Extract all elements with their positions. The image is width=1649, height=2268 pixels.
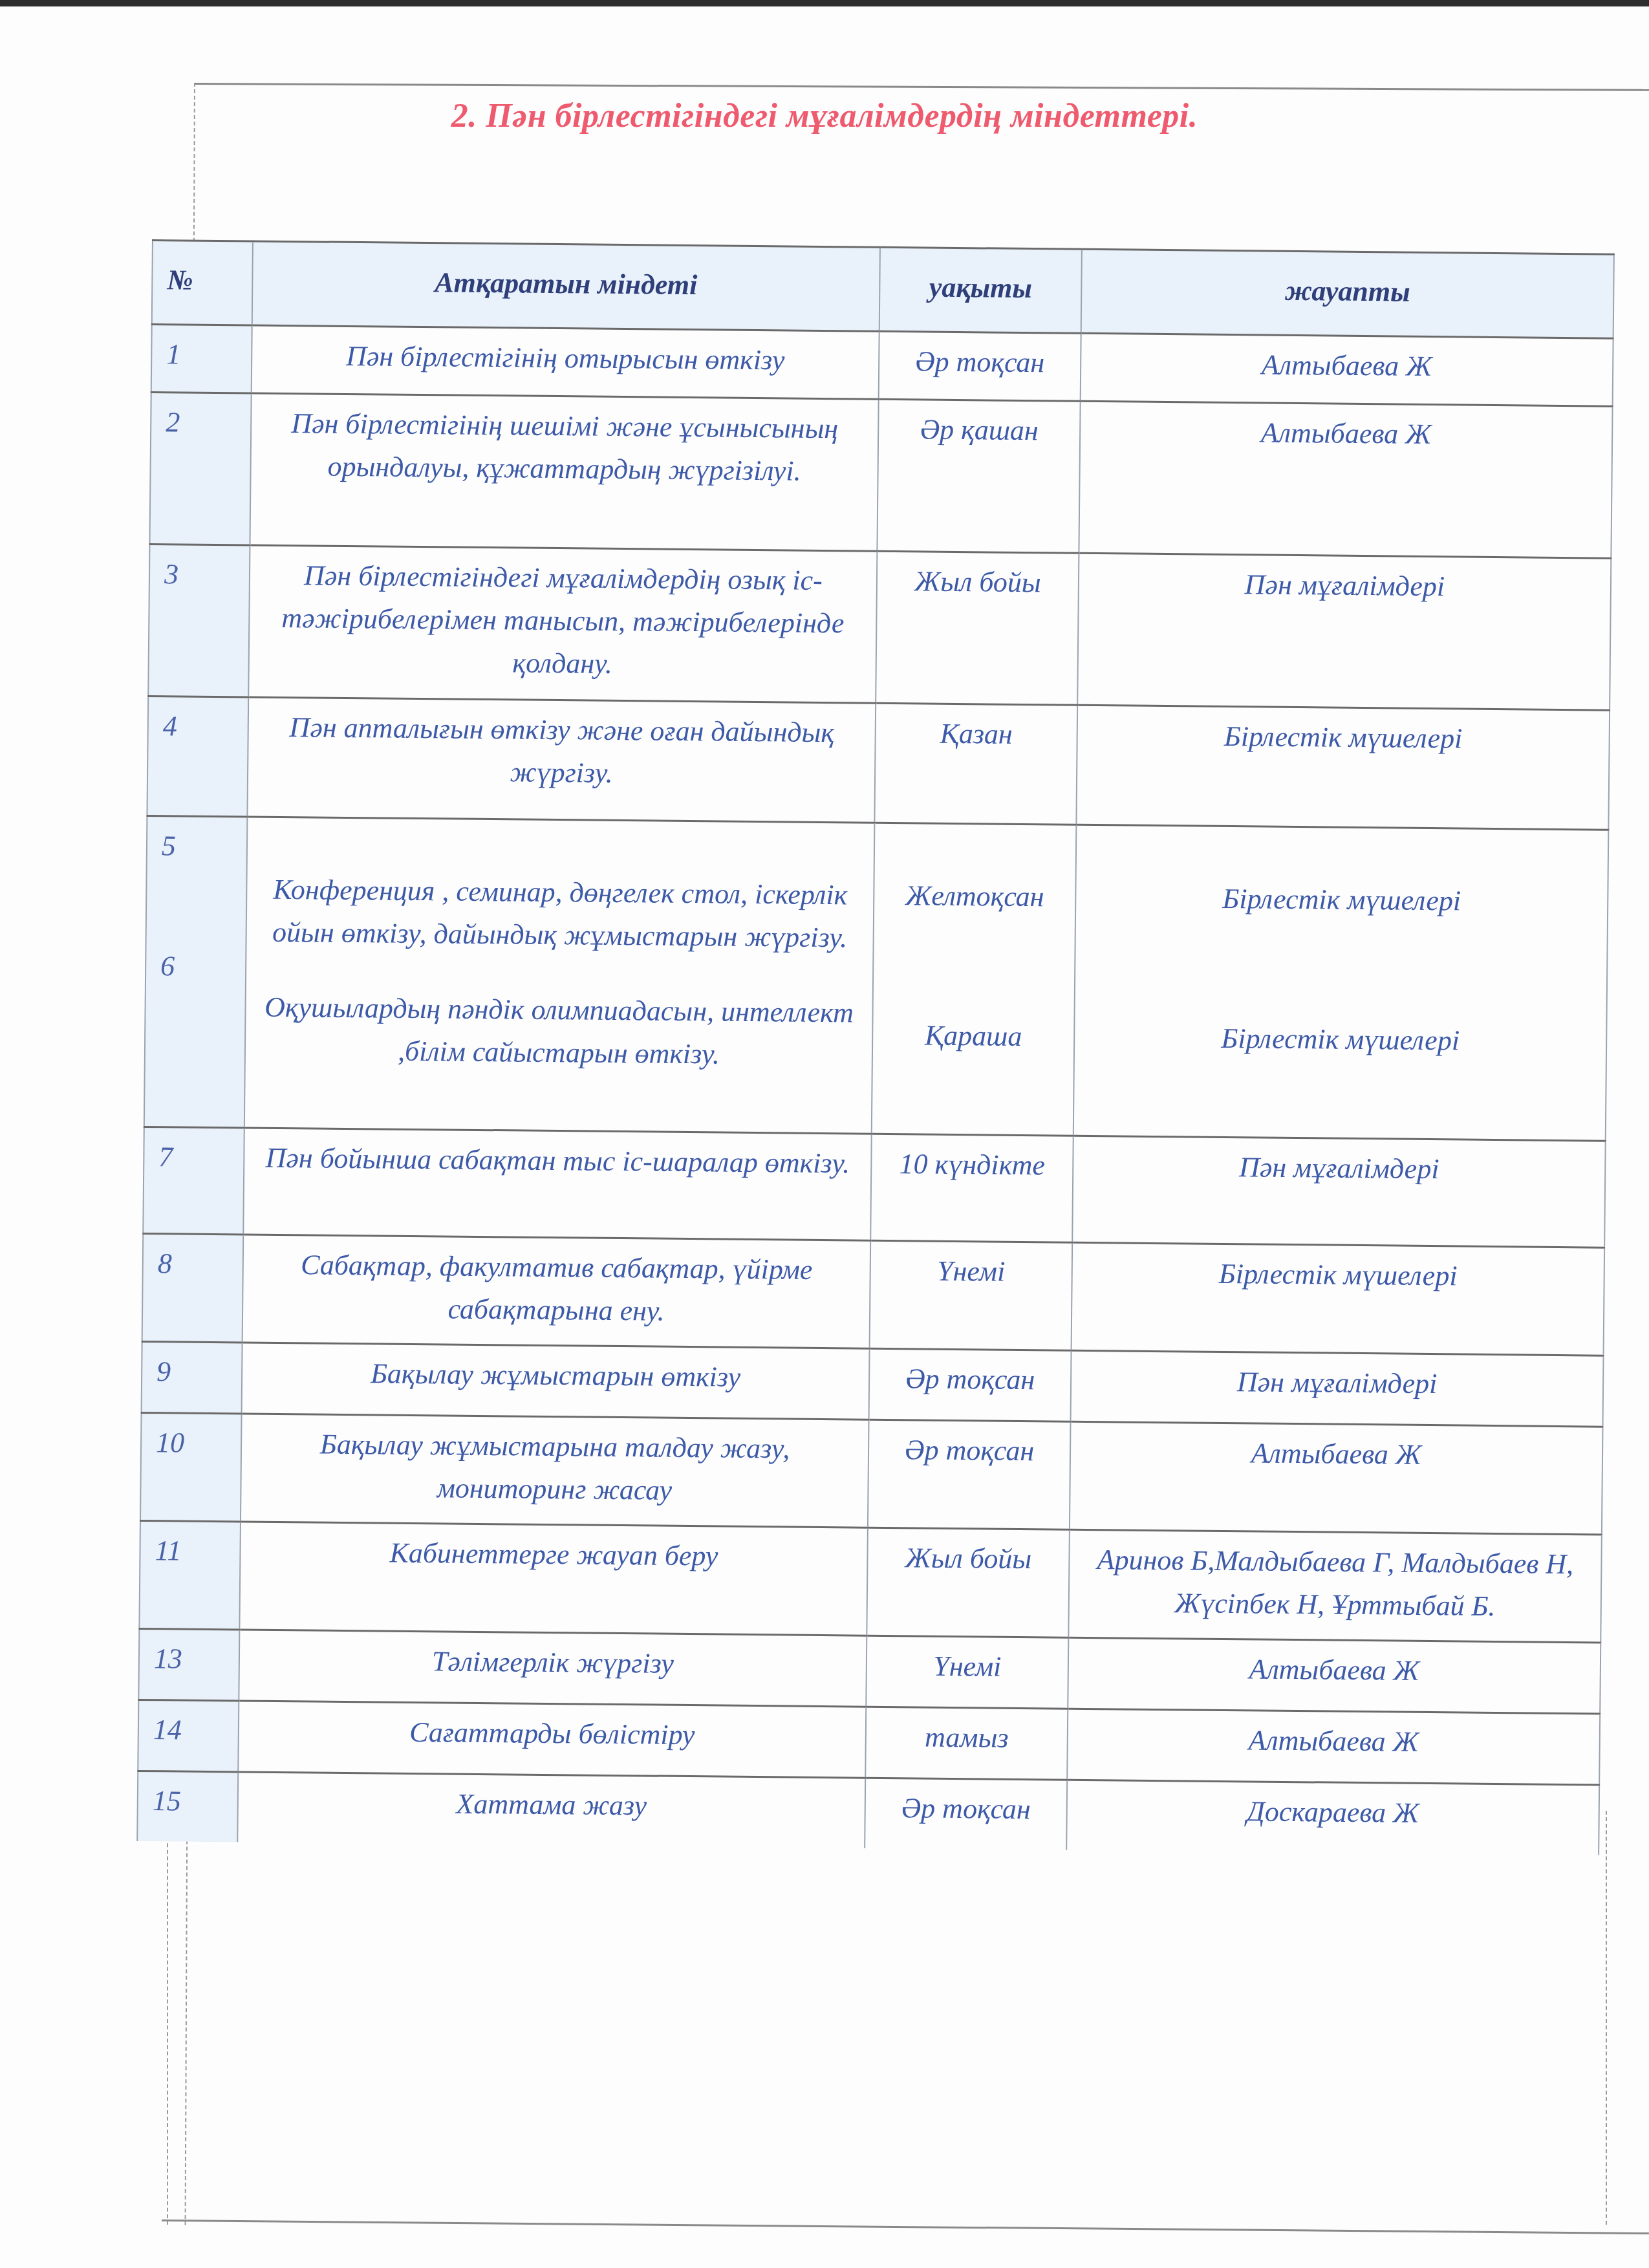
row-num: 3 bbox=[148, 544, 250, 697]
table-row: 5 6 Конференция , семинар, дөңгелек стол… bbox=[144, 815, 1609, 1141]
row-time: Үнемі bbox=[866, 1636, 1068, 1709]
row-num: 8 bbox=[142, 1233, 244, 1342]
row-responsible: Аринов Б,Малдыбаева Г, Малдыбаев Н, Жүсі… bbox=[1068, 1529, 1602, 1643]
scan-edge bbox=[0, 0, 1649, 6]
row-responsible: Алтыбаева Ж bbox=[1067, 1709, 1600, 1785]
row-num: 7 bbox=[143, 1127, 244, 1234]
row-time-5: Желтоқсан bbox=[905, 880, 1044, 913]
row-time: Әр тоқсан bbox=[868, 1420, 1071, 1529]
row-num: 14 bbox=[138, 1700, 239, 1771]
table-row: 8 Сабақтар, факултатив сабақтар, үйірме … bbox=[142, 1233, 1604, 1355]
row-responsible: Доскараева Ж bbox=[1066, 1780, 1599, 1855]
row-time: Қазан bbox=[874, 703, 1077, 825]
row-num: 10 bbox=[140, 1412, 242, 1521]
row-responsible: Алтыбаева Ж bbox=[1068, 1637, 1600, 1714]
row-responsible: Пән мұғалімдері bbox=[1071, 1350, 1604, 1427]
row-time: Үнемі bbox=[870, 1240, 1073, 1350]
table-row: 14 Сағаттарды бөлістіру тамыз Алтыбаева … bbox=[138, 1700, 1600, 1785]
table-row: 11 Кабинеттерге жауап беру Жыл бойы Арин… bbox=[139, 1520, 1601, 1643]
row-responsible-5: Бірлестік мүшелері bbox=[1222, 883, 1461, 917]
row-num: 13 bbox=[138, 1628, 239, 1700]
row-time: Жыл бойы bbox=[876, 551, 1079, 705]
row-task: Пән бірлестігінің отырысын өткізу bbox=[252, 325, 879, 399]
row-task: Пән бойынша сабақтан тыс іс-шаралар өткі… bbox=[243, 1128, 872, 1240]
row-task-6: Оқушылардың пәндік олимпиадасын, интелле… bbox=[257, 986, 861, 1077]
table-row: 10 Бақылау жұмыстарына талдау жазу, мони… bbox=[140, 1412, 1602, 1535]
row-task: Бақылау жұмыстарына талдау жазу, монитор… bbox=[241, 1414, 869, 1528]
row-task: Хаттама жазу bbox=[237, 1772, 865, 1848]
header-task: Атқаратын міндеті bbox=[252, 241, 880, 331]
page-title: 2. Пән бірлестігіндегі мұғалімдердің мін… bbox=[0, 97, 1649, 135]
duties-table-wrap: № Атқаратын міндеті уақыты жауапты 1 Пән… bbox=[136, 239, 1613, 1855]
row-num: 15 bbox=[137, 1771, 238, 1842]
row-task-5: Конференция , семинар, дөңгелек стол, іс… bbox=[272, 874, 848, 954]
row-time-6: Қараша bbox=[885, 1014, 1062, 1059]
header-responsible: жауапты bbox=[1081, 249, 1614, 338]
row-task: Сабақтар, факултатив сабақтар, үйірме са… bbox=[242, 1235, 871, 1348]
row-time: тамыз bbox=[865, 1707, 1068, 1780]
row-responsible: Алтыбаева Ж bbox=[1079, 401, 1612, 558]
table-row: 3 Пән бірлестігіндегі мұғалімдердің озық… bbox=[148, 544, 1611, 710]
row-time: 10 күндікте bbox=[870, 1134, 1073, 1242]
row-num-5: 5 bbox=[162, 830, 176, 861]
row-task: Кабинеттерге жауап беру bbox=[239, 1522, 868, 1636]
header-time: уақыты bbox=[879, 247, 1082, 333]
row-time: Әр тоқсан bbox=[865, 1778, 1067, 1850]
row-task: Пән апталығын өткізу және оған дайындық … bbox=[247, 697, 876, 823]
row-num: 4 bbox=[147, 696, 248, 816]
header-num: № bbox=[152, 241, 253, 325]
row-task: Пән бірлестігіндегі мұғалімдердің озық і… bbox=[248, 545, 877, 703]
row-responsible: Бірлестік мүшелері Бірлестік мүшелері bbox=[1073, 825, 1609, 1141]
row-num: 11 bbox=[139, 1520, 241, 1629]
row-num: 5 6 bbox=[144, 815, 248, 1127]
table-row: 7 Пән бойынша сабақтан тыс іс-шаралар өт… bbox=[143, 1127, 1605, 1247]
row-task: Сағаттарды бөлістіру bbox=[238, 1701, 866, 1778]
page-frame-left bbox=[167, 1811, 168, 2225]
row-time: Желтоқсан Қараша bbox=[872, 823, 1077, 1136]
row-task: Конференция , семинар, дөңгелек стол, іс… bbox=[244, 817, 875, 1134]
row-responsible-6: Бірлестік мүшелері bbox=[1086, 1016, 1595, 1064]
row-task: Пән бірлестігінің шешімі және ұсынысының… bbox=[250, 393, 878, 551]
table-row: 15 Хаттама жазу Әр тоқсан Доскараева Ж bbox=[137, 1771, 1599, 1855]
page-frame-right bbox=[1606, 1811, 1607, 2225]
row-responsible: Алтыбаева Ж bbox=[1070, 1421, 1603, 1535]
row-responsible: Бірлестік мүшелері bbox=[1072, 1242, 1605, 1355]
row-time: Әр тоқсан bbox=[869, 1348, 1072, 1421]
table-row: 13 Тәлімгерлік жүргізу Үнемі Алтыбаева Ж bbox=[138, 1628, 1600, 1714]
row-num: 2 bbox=[149, 392, 251, 545]
table-header-row: № Атқаратын міндеті уақыты жауапты bbox=[152, 241, 1614, 339]
row-responsible: Пән мұғалімдері bbox=[1077, 553, 1611, 710]
row-task: Бақылау жұмыстарын өткізу bbox=[242, 1343, 870, 1420]
row-num-6: 6 bbox=[160, 945, 234, 988]
row-num: 1 bbox=[151, 325, 252, 393]
table-row: 2 Пән бірлестігінің шешімі және ұсынысын… bbox=[149, 392, 1612, 558]
row-num: 9 bbox=[142, 1341, 242, 1413]
row-time: Әр қашан bbox=[877, 399, 1080, 553]
table-row: 4 Пән апталығын өткізу және оған дайынды… bbox=[147, 696, 1610, 830]
row-time: Жыл бойы bbox=[867, 1528, 1070, 1637]
duties-table: № Атқаратын міндеті уақыты жауапты 1 Пән… bbox=[136, 239, 1615, 1855]
row-responsible: Алтыбаева Ж bbox=[1081, 333, 1613, 406]
row-responsible: Пән мұғалімдері bbox=[1072, 1136, 1606, 1247]
table-row: 9 Бақылау жұмыстарын өткізу Әр тоқсан Пә… bbox=[142, 1341, 1604, 1427]
row-time: Әр тоқсан bbox=[879, 331, 1081, 401]
row-responsible: Бірлестік мүшелері bbox=[1076, 705, 1610, 830]
row-task: Тәлімгерлік жүргізу bbox=[239, 1630, 867, 1707]
